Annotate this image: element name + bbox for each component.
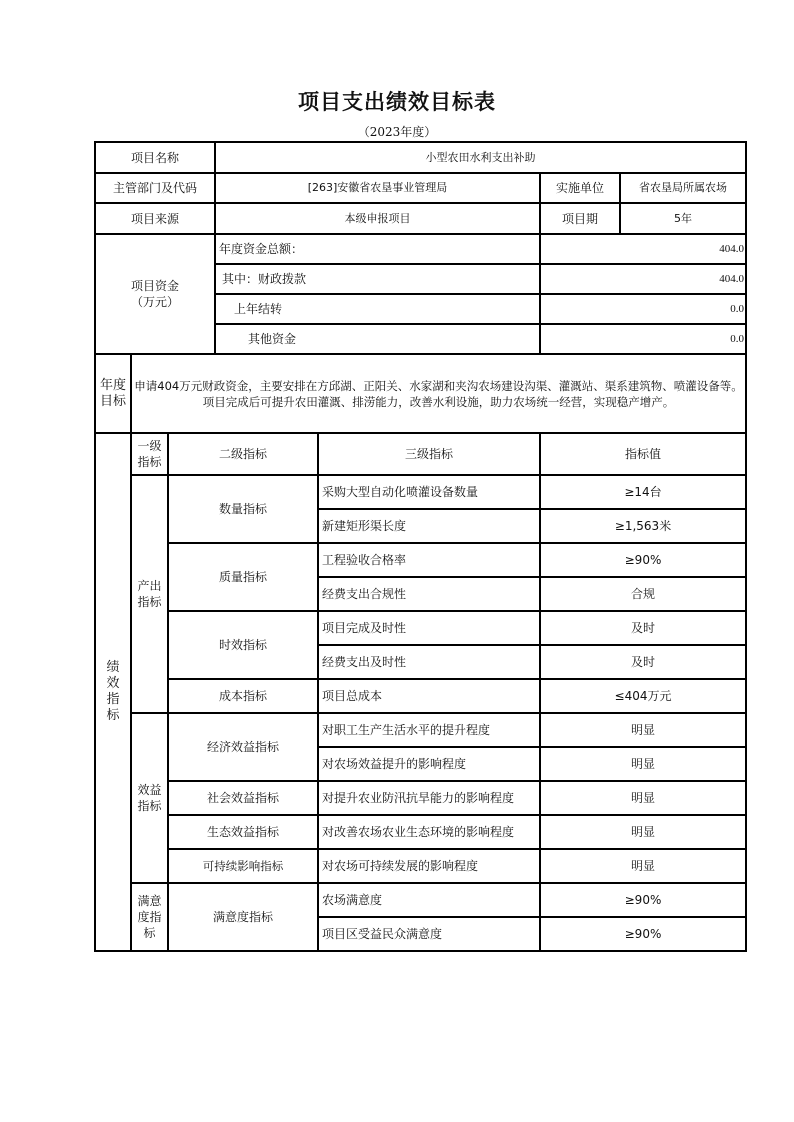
level3-name: 经费支出合规性 [318,577,540,611]
department-label: 主管部门及代码 [95,173,215,203]
annual-objective-label: 年度 目标 [95,354,131,433]
project-funds-label: 项目资金 （万元） [95,234,215,354]
row-source: 项目来源 本级申报项目 项目期 5年 [95,203,746,234]
project-source-label: 项目来源 [95,203,215,234]
indicator-value: ≥1,563米 [540,509,746,543]
level1-benefit: 效益指标 [131,713,168,883]
indicator-row: 成本指标 项目总成本 ≤404万元 [95,679,746,713]
indicator-row: 满意度指标 满意度指标 农场满意度 ≥90% [95,883,746,917]
row-funds-total: 项目资金 （万元） 年度资金总额： 404.0 [95,234,746,264]
level1-output: 产出指标 [131,475,168,713]
project-source-value: 本级申报项目 [215,203,540,234]
level2-satisfaction: 满意度指标 [168,883,318,951]
level3-name: 新建矩形渠长度 [318,509,540,543]
funds-fiscal-value: 404.0 [540,264,746,294]
level2-quality: 质量指标 [168,543,318,611]
header-level2: 二级指标 [168,433,318,475]
page-title: 项目支出绩效目标表 [0,86,794,116]
funds-other-value: 0.0 [540,324,746,354]
level2-quantity: 数量指标 [168,475,318,543]
indicator-value: 明显 [540,747,746,781]
project-name-label: 项目名称 [95,142,215,173]
indicator-row: 效益指标 经济效益指标 对职工生产生活水平的提升程度 明显 [95,713,746,747]
level3-name: 项目区受益民众满意度 [318,917,540,951]
funds-total-label: 年度资金总额： [215,234,540,264]
fiscal-year-subtitle: （2023年度） [0,123,794,140]
funds-unit: （万元） [99,294,211,310]
indicator-row: 产出指标 数量指标 采购大型自动化喷灌设备数量 ≥14台 [95,475,746,509]
funds-fiscal-label: 其中：财政拨款 [215,264,540,294]
level3-name: 项目总成本 [318,679,540,713]
indicator-value: ≥90% [540,543,746,577]
indicator-value: ≥14台 [540,475,746,509]
indicator-value: 明显 [540,713,746,747]
level2-ecological: 生态效益指标 [168,815,318,849]
indicator-value: ≤404万元 [540,679,746,713]
implementing-unit-label: 实施单位 [540,173,620,203]
project-period-label: 项目期 [540,203,620,234]
indicator-header-row: 绩效指标 一级指标 二级指标 三级指标 指标值 [95,433,746,475]
level3-name: 对改善农场农业生态环境的影响程度 [318,815,540,849]
header-value: 指标值 [540,433,746,475]
performance-target-table: 项目名称 小型农田水利支出补助 主管部门及代码 [263]安徽省农垦事业管理局 … [94,141,747,952]
level3-name: 经费支出及时性 [318,645,540,679]
level3-name: 对提升农业防汛抗旱能力的影响程度 [318,781,540,815]
project-name-value: 小型农田水利支出补助 [215,142,746,173]
funds-total-value: 404.0 [540,234,746,264]
indicator-value: ≥90% [540,883,746,917]
indicator-row: 质量指标 工程验收合格率 ≥90% [95,543,746,577]
indicator-row: 社会效益指标 对提升农业防汛抗旱能力的影响程度 明显 [95,781,746,815]
indicator-value: 明显 [540,781,746,815]
objective-label-line2: 目标 [99,394,127,410]
objective-label-line1: 年度 [99,378,127,394]
funds-carryover-label: 上年结转 [215,294,540,324]
row-project-name: 项目名称 小型农田水利支出补助 [95,142,746,173]
level1-satisfaction: 满意度指标 [131,883,168,951]
level2-social: 社会效益指标 [168,781,318,815]
level3-name: 农场满意度 [318,883,540,917]
header-level1: 一级指标 [131,433,168,475]
indicator-value: 及时 [540,645,746,679]
level2-cost: 成本指标 [168,679,318,713]
implementing-unit-value: 省农垦局所属农场 [620,173,746,203]
department-value: [263]安徽省农垦事业管理局 [215,173,540,203]
indicator-value: ≥90% [540,917,746,951]
funds-label: 项目资金 [99,278,211,294]
header-level3: 三级指标 [318,433,540,475]
indicator-value: 明显 [540,815,746,849]
level3-name: 工程验收合格率 [318,543,540,577]
level2-timeliness: 时效指标 [168,611,318,679]
level2-economic: 经济效益指标 [168,713,318,781]
indicator-value: 及时 [540,611,746,645]
level3-name: 对职工生产生活水平的提升程度 [318,713,540,747]
annual-objective-text: 申请404万元财政资金，主要安排在方邱湖、正阳关、水家湖和夹沟农场建设沟渠、灌溉… [131,354,746,433]
performance-indicators-label: 绩效指标 [95,433,131,951]
indicator-value: 明显 [540,849,746,883]
level3-name: 对农场可持续发展的影响程度 [318,849,540,883]
level3-name: 采购大型自动化喷灌设备数量 [318,475,540,509]
funds-other-label: 其他资金 [215,324,540,354]
row-annual-objective: 年度 目标 申请404万元财政资金，主要安排在方邱湖、正阳关、水家湖和夹沟农场建… [95,354,746,433]
row-department: 主管部门及代码 [263]安徽省农垦事业管理局 实施单位 省农垦局所属农场 [95,173,746,203]
indicator-row: 生态效益指标 对改善农场农业生态环境的影响程度 明显 [95,815,746,849]
level3-name: 项目完成及时性 [318,611,540,645]
funds-carryover-value: 0.0 [540,294,746,324]
level2-sustainable: 可持续影响指标 [168,849,318,883]
level3-name: 对农场效益提升的影响程度 [318,747,540,781]
indicator-row: 可持续影响指标 对农场可持续发展的影响程度 明显 [95,849,746,883]
project-period-value: 5年 [620,203,746,234]
indicator-row: 时效指标 项目完成及时性 及时 [95,611,746,645]
indicator-value: 合规 [540,577,746,611]
